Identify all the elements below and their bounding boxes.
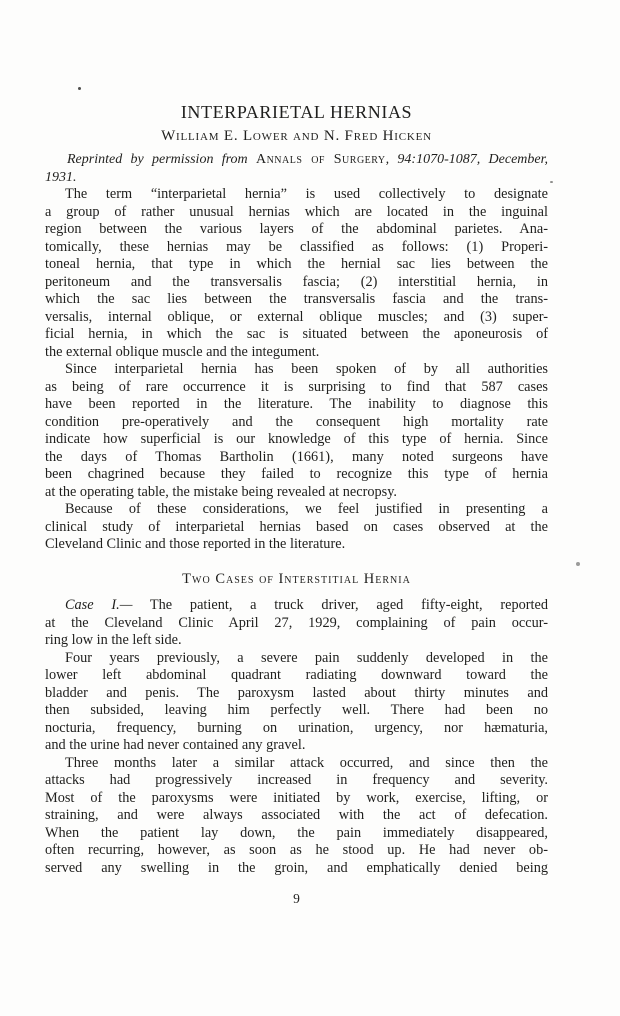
text-line: straining, and were always associated wi… <box>45 807 548 825</box>
text-run: Annals of Surgery <box>256 152 386 167</box>
text-line: the external oblique muscle and the inte… <box>45 344 548 362</box>
section-heading: Two Cases of Interstitial Hernia <box>45 571 548 589</box>
text-line: condition pre-operatively and the conseq… <box>45 414 548 432</box>
text-line: Because of these considerations, we feel… <box>45 501 548 519</box>
text-run: Case I.— <box>65 597 132 613</box>
text-line: been chagrined because they failed to re… <box>45 466 548 484</box>
text-line: the days of Thomas Bartholin (1661), man… <box>45 449 548 467</box>
article-authors: William E. Lower and N. Fred Hicken <box>45 128 548 145</box>
text-line: nocturia, frequency, burning on urinatio… <box>45 720 548 738</box>
text-line: region between the various layers of the… <box>45 221 548 239</box>
text-line: Since interparietal hernia has been spok… <box>45 361 548 379</box>
scan-speck <box>576 562 580 566</box>
text-line: at the Cleveland Clinic April 27, 1929, … <box>45 615 548 633</box>
text-line: Reprinted by permission from Annals of S… <box>45 151 548 169</box>
paragraph: Case I.— The patient, a truck driver, ag… <box>45 597 548 650</box>
paragraph: Since interparietal hernia has been spok… <box>45 361 548 501</box>
text-line: 1931. <box>45 169 548 187</box>
paragraph: Four years previously, a severe pain sud… <box>45 650 548 755</box>
text-line: as being of rare occurrence it is surpri… <box>45 379 548 397</box>
paragraph: Three months later a similar attack occu… <box>45 755 548 878</box>
paragraph: The term “interparietal hernia” is used … <box>45 186 548 361</box>
scan-speck <box>78 87 81 90</box>
text-line: ficial hernia, in which the sac is situa… <box>45 326 548 344</box>
text-line: then subsided, leaving him perfectly wel… <box>45 702 548 720</box>
text-line: Cleveland Clinic and those reported in t… <box>45 536 548 554</box>
text-line: clinical study of interparietal hernias … <box>45 519 548 537</box>
text-line: Case I.— The patient, a truck driver, ag… <box>45 597 548 615</box>
paragraph: Because of these considerations, we feel… <box>45 501 548 554</box>
text-line: Four years previously, a severe pain sud… <box>45 650 548 668</box>
text-run: Reprinted by permission from <box>67 152 256 167</box>
text-line: have been reported in the literature. Th… <box>45 396 548 414</box>
text-line: attacks had progressively increased in f… <box>45 772 548 790</box>
reprint-attribution: Reprinted by permission from Annals of S… <box>45 151 548 186</box>
text-run: The patient, a truck driver, aged fifty-… <box>132 597 548 613</box>
text-line: The term “interparietal hernia” is used … <box>45 186 548 204</box>
text-line: toneal hernia, that type in which the he… <box>45 256 548 274</box>
article-title: INTERPARIETAL HERNIAS <box>45 103 548 122</box>
page-number: 9 <box>45 891 548 907</box>
text-line: indicate how superficial is our knowledg… <box>45 431 548 449</box>
text-line: ring low in the left side. <box>45 632 548 650</box>
text-run: , 94:1070-1087, December, <box>386 152 548 167</box>
text-line: served any swelling in the groin, and em… <box>45 860 548 878</box>
article-body: INTERPARIETAL HERNIASWilliam E. Lower an… <box>45 103 548 877</box>
document-page: INTERPARIETAL HERNIASWilliam E. Lower an… <box>0 0 620 1016</box>
text-run: 1931. <box>45 170 77 185</box>
text-line: Three months later a similar attack occu… <box>45 755 548 773</box>
text-line: When the patient lay down, the pain imme… <box>45 825 548 843</box>
text-line: versalis, internal oblique, or external … <box>45 309 548 327</box>
text-line: lower left abdominal quadrant radiating … <box>45 667 548 685</box>
text-line: which the sac lies between the transvers… <box>45 291 548 309</box>
text-line: often recurring, however, as soon as he … <box>45 842 548 860</box>
text-line: bladder and penis. The paroxysm lasted a… <box>45 685 548 703</box>
text-line: tomically, these hernias may be classifi… <box>45 239 548 257</box>
text-line: at the operating table, the mistake bein… <box>45 484 548 502</box>
text-line: a group of rather unusual hernias which … <box>45 204 548 222</box>
text-line: and the urine had never contained any gr… <box>45 737 548 755</box>
text-line: Most of the paroxysms were initiated by … <box>45 790 548 808</box>
scan-speck <box>550 181 553 183</box>
text-line: peritoneum and the transversalis fascia;… <box>45 274 548 292</box>
